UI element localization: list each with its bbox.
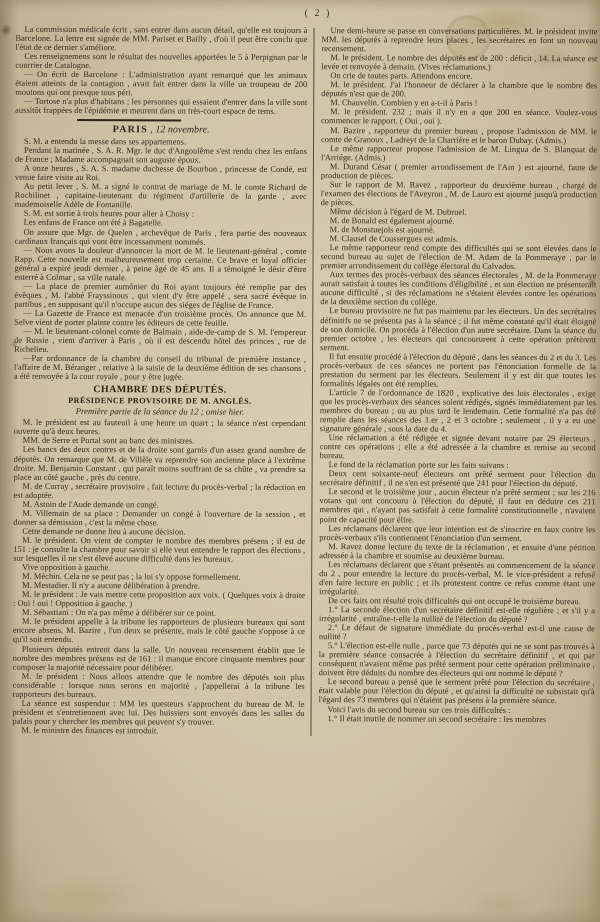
debate-paragraph: Le second bureau a pensé que le serment … <box>319 677 595 705</box>
debate-paragraph: M. le président. 232 ; mais il n'y en a … <box>321 107 597 126</box>
debate-paragraph: Le bureau provisoire ne fut pas maintenu… <box>320 307 596 353</box>
court-news-paragraph: — La place de premier aumônier du Roi ay… <box>14 282 306 310</box>
session-paragraph: M. le président appelle à la tribune les… <box>13 617 305 645</box>
debate-paragraph: 2.° Le défaut de signature immédiate du … <box>319 623 595 642</box>
newspaper-page: ( 2 ) La commission médicale écrit , san… <box>0 0 600 922</box>
debate-paragraph: Le second et le troisième jour , aucun é… <box>319 487 595 524</box>
column-divider <box>310 28 314 736</box>
debate-paragraph: M. Bazire , rapporteur du premier bureau… <box>321 126 597 145</box>
debate-paragraph: Une demi-heure se passe en conversations… <box>321 26 597 54</box>
session-paragraph: Plusieurs députés entrent dans la salle.… <box>13 644 305 672</box>
debate-paragraph: Une réclamation a été rédigée et signée … <box>320 433 596 461</box>
court-news-section: S. M. a entendu la messe dans ses appart… <box>14 137 307 383</box>
session-subtitle: Première partie de la séance du 12 ; omi… <box>14 406 306 417</box>
session-paragraph: M. le président. On vient de compter le … <box>13 536 305 564</box>
court-news-paragraph: — M. le lieutenant-colonel comte de Balm… <box>14 327 306 355</box>
presidency-heading: PRÉSIDENCE PROVISOIRE DE M. ANGLÈS. <box>14 396 306 406</box>
news-paragraph: — Tortose n'a plus d'habitans ; les pers… <box>15 97 307 116</box>
session-paragraph: M. le président : Nous allons attendre q… <box>13 671 305 699</box>
debate-paragraph: Il fut ensuite procédé à l'élection du d… <box>320 352 596 389</box>
session-paragraph: M. Villemain de sa place : Demander un c… <box>13 509 305 528</box>
page-content: La commission médicale écrit , sans entr… <box>12 25 597 738</box>
chamber-heading: CHAMBRE DES DÉPUTÉS. <box>14 384 306 396</box>
section-rule <box>77 119 181 121</box>
debate-paragraph: M. Ravez donne lecture du texte de la ré… <box>319 542 595 561</box>
news-paragraph: La commission médicale écrit , sans entr… <box>15 25 307 53</box>
paris-dateline: PARIS , 12 novembre. <box>15 124 307 136</box>
dateline-city: PARIS <box>113 124 148 135</box>
news-paragraph: — On écrit de Barcelone : L'administrati… <box>15 70 307 98</box>
debate-paragraph: 5.° L'élection est-elle nulle , parce qu… <box>319 641 595 678</box>
session-report-section: M. le président est au fauteuil à une he… <box>12 418 305 736</box>
court-news-paragraph: —Par ordonnance de la chambre du conseil… <box>14 354 306 382</box>
session-paragraph: M. le président : Je vais mettre cette p… <box>13 590 305 609</box>
right-column: Une demi-heure se passe en conversations… <box>318 26 597 737</box>
debate-paragraph: Deux cent soixante-neuf électeurs ont pr… <box>320 469 596 488</box>
court-news-paragraph: A onze heures , S. A. S. madame duchesse… <box>15 164 307 183</box>
debate-paragraph: Le même rapporteur rend compte des diffi… <box>320 243 596 271</box>
debate-paragraph: M. le président. J'ai l'honneur de décla… <box>321 80 597 99</box>
session-paragraph: M. le ministre des finances est introdui… <box>12 726 304 736</box>
debate-paragraph: Les réclamans déclarent que leur intenti… <box>319 524 595 543</box>
debate-paragraph: Le même rapporteur propose l'admission d… <box>321 144 597 163</box>
debate-section: Une demi-heure se passe en conversations… <box>319 26 598 724</box>
epidemic-news-section: La commission médicale écrit , sans entr… <box>15 25 307 117</box>
session-paragraph: M. le président est au fauteuil à une he… <box>14 418 306 437</box>
page-number: ( 2 ) <box>305 8 332 19</box>
debate-paragraph: Aux termes des procès-verbaux des séance… <box>320 270 596 307</box>
session-paragraph: Les bancs des deux centres et de la droi… <box>14 445 306 482</box>
debate-paragraph: L'article 7 de l'ordonnance de 1820 , ex… <box>320 388 596 434</box>
court-news-paragraph: Au petit lever , S. M. a signé le contra… <box>15 182 307 210</box>
news-paragraph: Ces renseignemens sont le résultat des n… <box>15 52 307 71</box>
court-news-paragraph: Pendant la matinée , S. A. R. Mgr. le du… <box>15 146 307 165</box>
court-news-paragraph: On assure que Mgr. de Quelen , archevêqu… <box>15 227 307 246</box>
court-news-paragraph: — Nous avons la douleur d'annoncer la mo… <box>14 245 306 282</box>
debate-paragraph: 1.° La seconde élection d'un secrétaire … <box>319 605 595 624</box>
left-column: La commission médicale écrit , sans entr… <box>12 25 307 736</box>
debate-paragraph: Sur le rapport de M. Ravez , rapporteur … <box>321 180 597 208</box>
court-news-paragraph: — La Gazette de France est menacée d'un … <box>14 309 306 328</box>
session-paragraph: La séance est suspendue : MM les questeu… <box>12 699 304 727</box>
dateline-date: , 12 novembre. <box>148 124 210 135</box>
session-paragraph: M. de Curray , secrétaire provisoire , f… <box>13 481 305 500</box>
debate-paragraph: M. le président. Le nombre des députés e… <box>321 53 597 72</box>
debate-paragraph: M. Durand César ( premier arrondissement… <box>321 162 597 181</box>
debate-paragraph: Les réclamans déclarent que s'étant prés… <box>319 560 595 597</box>
debate-paragraph: 1.° Il était inutile de nommer un second… <box>319 714 595 724</box>
